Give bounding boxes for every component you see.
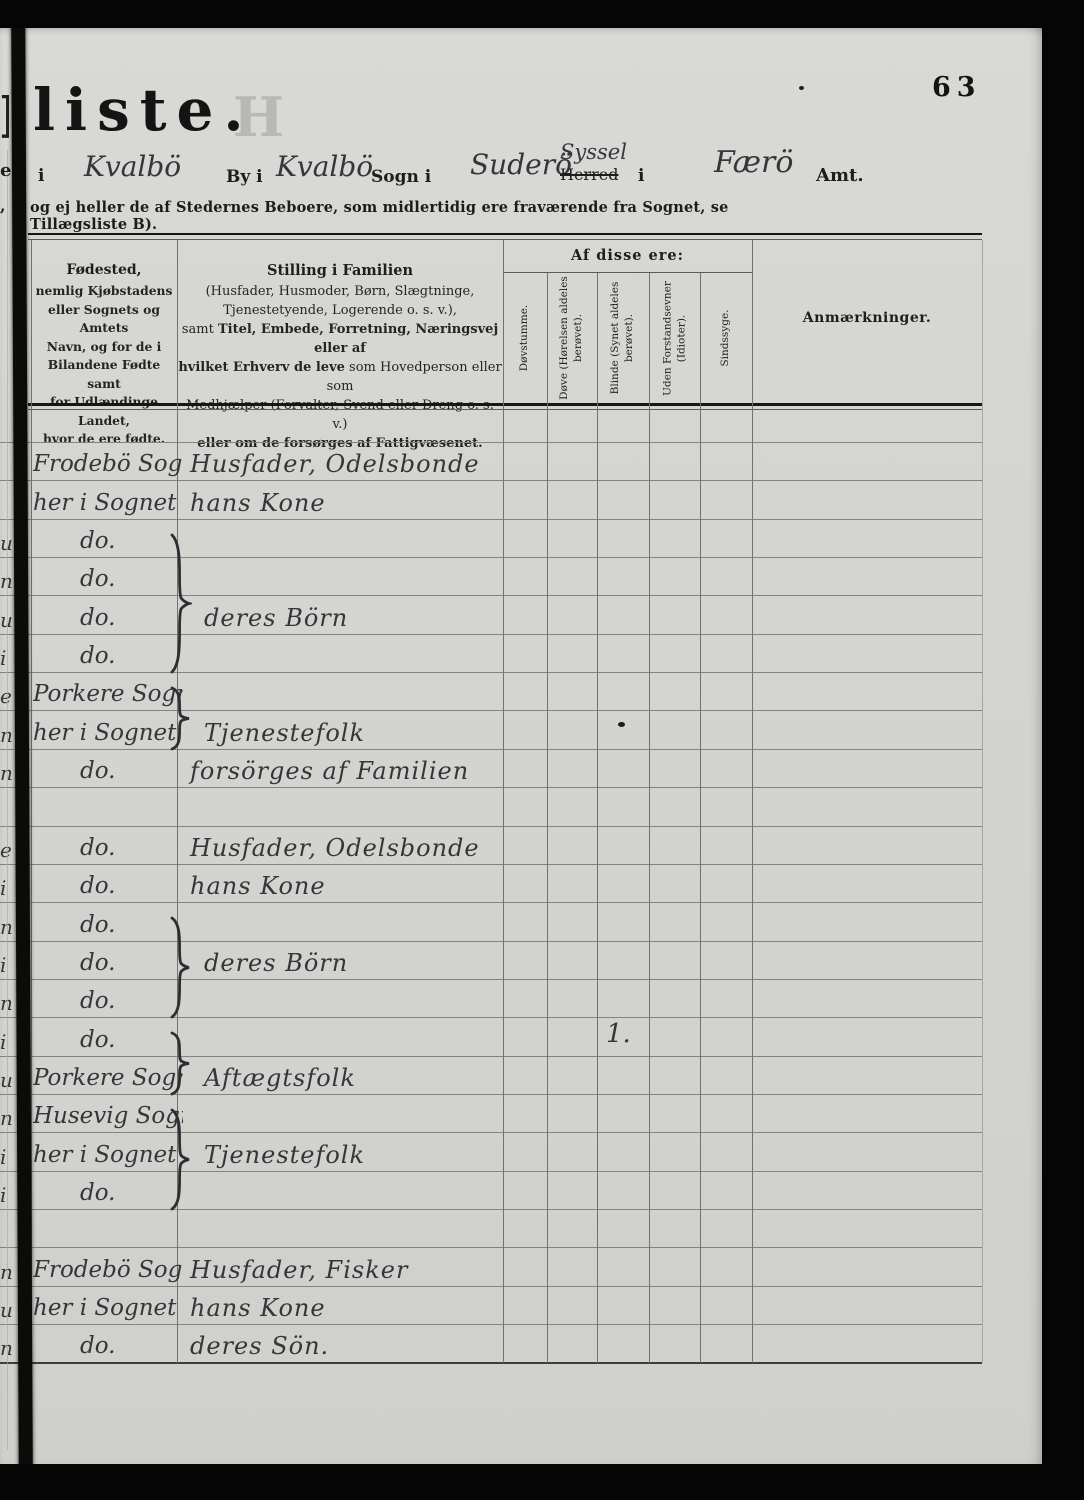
entry-fodested: do. [80,528,230,554]
fodested-header-line: eller Sognets og Amtets [31,301,177,338]
entry-fodested: Porkere Sogn [33,1065,183,1091]
stilling-header-segment: Tjenestetyende, Logerende o. s. v.), [223,303,457,318]
entry-fodested: do. [80,1180,230,1206]
column-line [597,273,598,1363]
ruled-line [0,1324,982,1325]
stilling-header-segment: som Hovedperson eller som [327,360,502,394]
ruled-line [0,941,982,942]
entry-stilling: forsörges af Familien [190,757,469,785]
location-by: By i [226,167,263,187]
entry-fodested: Frodebö Sogn [33,1257,183,1283]
ruled-line [0,710,982,711]
group-brace [168,1108,192,1211]
stilling-header-bold-segment: hvilket Erhverv de leve [178,360,345,375]
ruled-line [0,595,982,596]
entry-fodested: Husevig Sogn [33,1103,183,1129]
showthrough-ghost-letter: H [233,85,288,149]
entry-fodested: her i Sognet [33,720,183,746]
fodested-header-line: for Udlændinge Landet, [31,393,177,430]
column-header-uden-forstandsevner-idioter: Uden Forstandsevner (Idioter). [652,273,697,403]
ruled-line [0,480,982,481]
entry-stilling: hans Kone [190,1294,326,1322]
column-line [547,273,548,1363]
fodested-header-line: hvor de ere fødte. [31,430,177,449]
column-header-d-ve-h-relsen-aldeles-ber-vet: Døve (Hørelsen aldeles berøvet). [550,273,594,403]
location-town: Kvalbö [84,150,181,183]
column-header-stilling: Stilling i Familien (Husfader, Husmoder,… [177,262,503,453]
location-district: Suderö [470,148,572,181]
paper-sheet [0,26,1044,1466]
column-header-fodested: Fødested, nemlig Kjøbstadenseller Sognet… [31,262,177,449]
entry-stilling: Husfader, Odelsbonde [190,450,480,478]
column-line [503,240,504,1363]
column-line [649,273,650,1363]
entry-stilling: Tjenestefolk [204,719,365,747]
fodested-header-line: nemlig Kjøbstadens [31,282,177,301]
ruled-line [0,787,982,788]
header-bottom-rule [28,403,982,406]
location-herred: Herred [560,165,618,184]
header-bottom-rule-thin [28,409,982,410]
column-header-d-vstumme: Døvstumme. [506,273,544,403]
entry-stilling: Tjenestefolk [204,1141,365,1169]
adjacent-page-edge-line [7,150,8,1450]
entry-fodested: do. [80,1027,230,1053]
location-sogn: Sogn i [371,167,431,187]
entry-fodested: Frodebö Sogn [33,451,183,477]
entry-fodested: her i Sognet [33,1142,183,1168]
entry-fodested: do. [80,643,230,669]
location-i1: i [38,166,44,186]
header-top-rule-thin [28,239,982,240]
entry-stilling: hans Kone [190,489,326,517]
table-bottom-rule [0,1362,982,1364]
scan-edge-right [1042,0,1084,1500]
entry-stilling: Husfader, Odelsbonde [190,834,480,862]
entry-stilling: Aftægtsfolk [204,1064,356,1092]
group-brace [168,916,192,1019]
ruled-line [0,1094,982,1095]
stilling-header-bold-segment: eller om de forsørges af Fattigvæsenet. [197,436,482,451]
ruled-line [0,979,982,980]
column-header-anmaerkninger: Anmærkninger. [752,310,982,326]
entry-stilling: deres Börn [204,604,348,632]
cutoff-letter-fragment: l [0,86,9,156]
ink-speck [799,86,804,90]
ruled-line [0,557,982,558]
ruled-line [0,1056,982,1057]
instruction-note: og ej heller de af Stedernes Beboere, so… [30,199,730,233]
group-brace [168,686,192,751]
scan-edge-bottom [0,1464,1084,1500]
location-county: Færö [714,145,793,180]
ruled-line [0,1017,982,1018]
tally-mark-blinde: 1. [606,1019,631,1049]
scanned-census-page: liste. H 63 iKvalböBy iKvalböSogn iSuder… [0,0,1084,1500]
ruled-line [0,864,982,865]
entry-stilling: Husfader, Fisker [190,1256,408,1284]
column-line [752,240,753,1363]
ruled-line [0,902,982,903]
stilling-title: Stilling i Familien [177,262,503,279]
ink-speck [618,722,625,727]
stilling-header-segment: (Husfader, Husmoder, Børn, Slægtninge, [206,284,475,299]
entry-stilling: deres Sön. [190,1332,329,1360]
ruled-line [0,1247,982,1248]
stilling-header-line: Medhjælper (Forvalter, Svend eller Dreng… [177,396,503,434]
stilling-header-line: Tjenestetyende, Logerende o. s. v.), [177,301,503,320]
page-title-fragment: liste. [33,76,254,144]
cutoff-letter-fragment: , [0,196,14,216]
location-amt: Amt. [816,165,864,186]
fodested-header-line: Bilandene Fødte samt [31,356,177,393]
stilling-header-segment: samt [182,322,218,337]
stilling-header-bold-segment: Titel, Embede, Forretning, Næringsvej el… [218,322,498,356]
entry-stilling: deres Börn [204,949,348,977]
stilling-header-line: hvilket Erhverv de leve som Hovedperson … [177,358,503,396]
cutoff-letter-fragment: e [0,160,14,183]
fodested-header-line: Navn, og for de i [31,338,177,357]
entry-fodested: do. [80,912,230,938]
group-brace [168,1031,192,1096]
location-i2: i [638,166,644,186]
entry-fodested: Porkere Sogn [33,681,183,707]
group-brace [168,533,192,674]
stilling-header-line: (Husfader, Husmoder, Børn, Slægtninge, [177,282,503,301]
ruled-line [0,634,982,635]
ruled-line [0,1286,982,1287]
page-number: 63 [932,72,982,103]
location-syssel: Syssel [560,140,627,164]
ruled-line [0,1132,982,1133]
ruled-line [0,1171,982,1172]
fodested-title: Fødested, [31,262,177,278]
column-line [700,273,701,1363]
scan-edge-top [0,0,1084,28]
column-header-blinde-synet-aldeles-ber-vet: Blinde (Synet aldeles berøvet). [600,273,646,403]
header-top-rule [28,233,982,235]
location-parish: Kvalbö [276,150,373,183]
table-right-edge-line [982,240,983,1363]
entry-fodested: her i Sognet [33,1295,183,1321]
ruled-line [0,442,982,443]
ruled-line [0,749,982,750]
entry-stilling: hans Kone [190,872,326,900]
ruled-line [0,826,982,827]
ruled-line [0,672,982,673]
afdisse-title: Af disse ere: [503,247,752,264]
entry-fodested: do. [80,566,230,592]
entry-fodested: her i Sognet [33,490,183,516]
stilling-header-line: samt Titel, Embede, Forretning, Næringsv… [177,320,503,358]
entry-fodested: do. [80,988,230,1014]
column-header-sindssyge: Sindssyge. [703,273,749,403]
ruled-line [0,519,982,520]
ruled-line [0,1209,982,1210]
